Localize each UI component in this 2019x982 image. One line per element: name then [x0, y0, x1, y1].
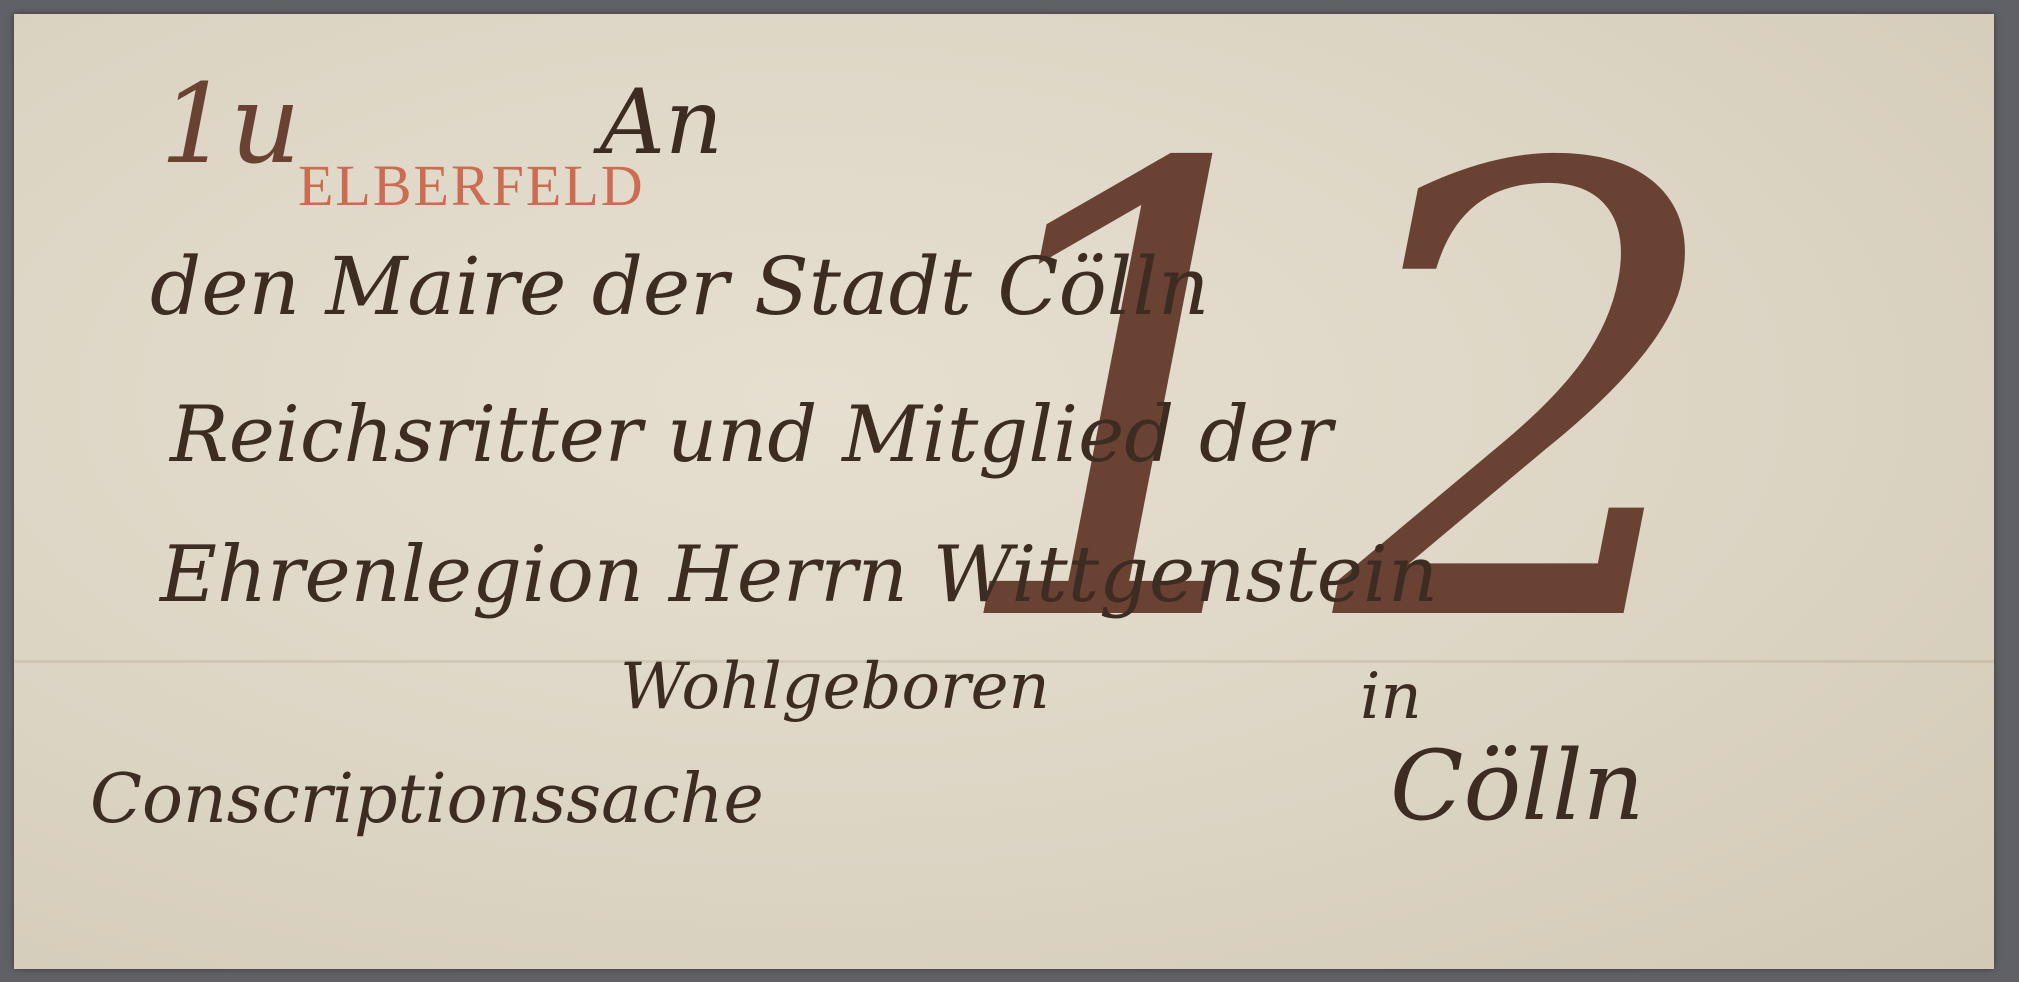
elberfeld-postmark: ELBERFELD	[298, 152, 645, 219]
address-line-an: An	[600, 70, 723, 175]
conscription-note: Conscriptionssache	[90, 760, 764, 839]
address-line-city: Cölln	[1390, 730, 1644, 842]
address-line-2: Reichsritter und Mitglied der	[170, 390, 1332, 480]
address-line-in: in	[1360, 660, 1422, 734]
manuscript-mark: 1u	[160, 60, 301, 188]
address-line-3: Ehrenlegion Herrn Wittgenstein	[160, 530, 1438, 620]
address-line-4: Wohlgeboren	[620, 650, 1050, 724]
address-line-1: den Maire der Stadt Cölln	[150, 240, 1209, 333]
